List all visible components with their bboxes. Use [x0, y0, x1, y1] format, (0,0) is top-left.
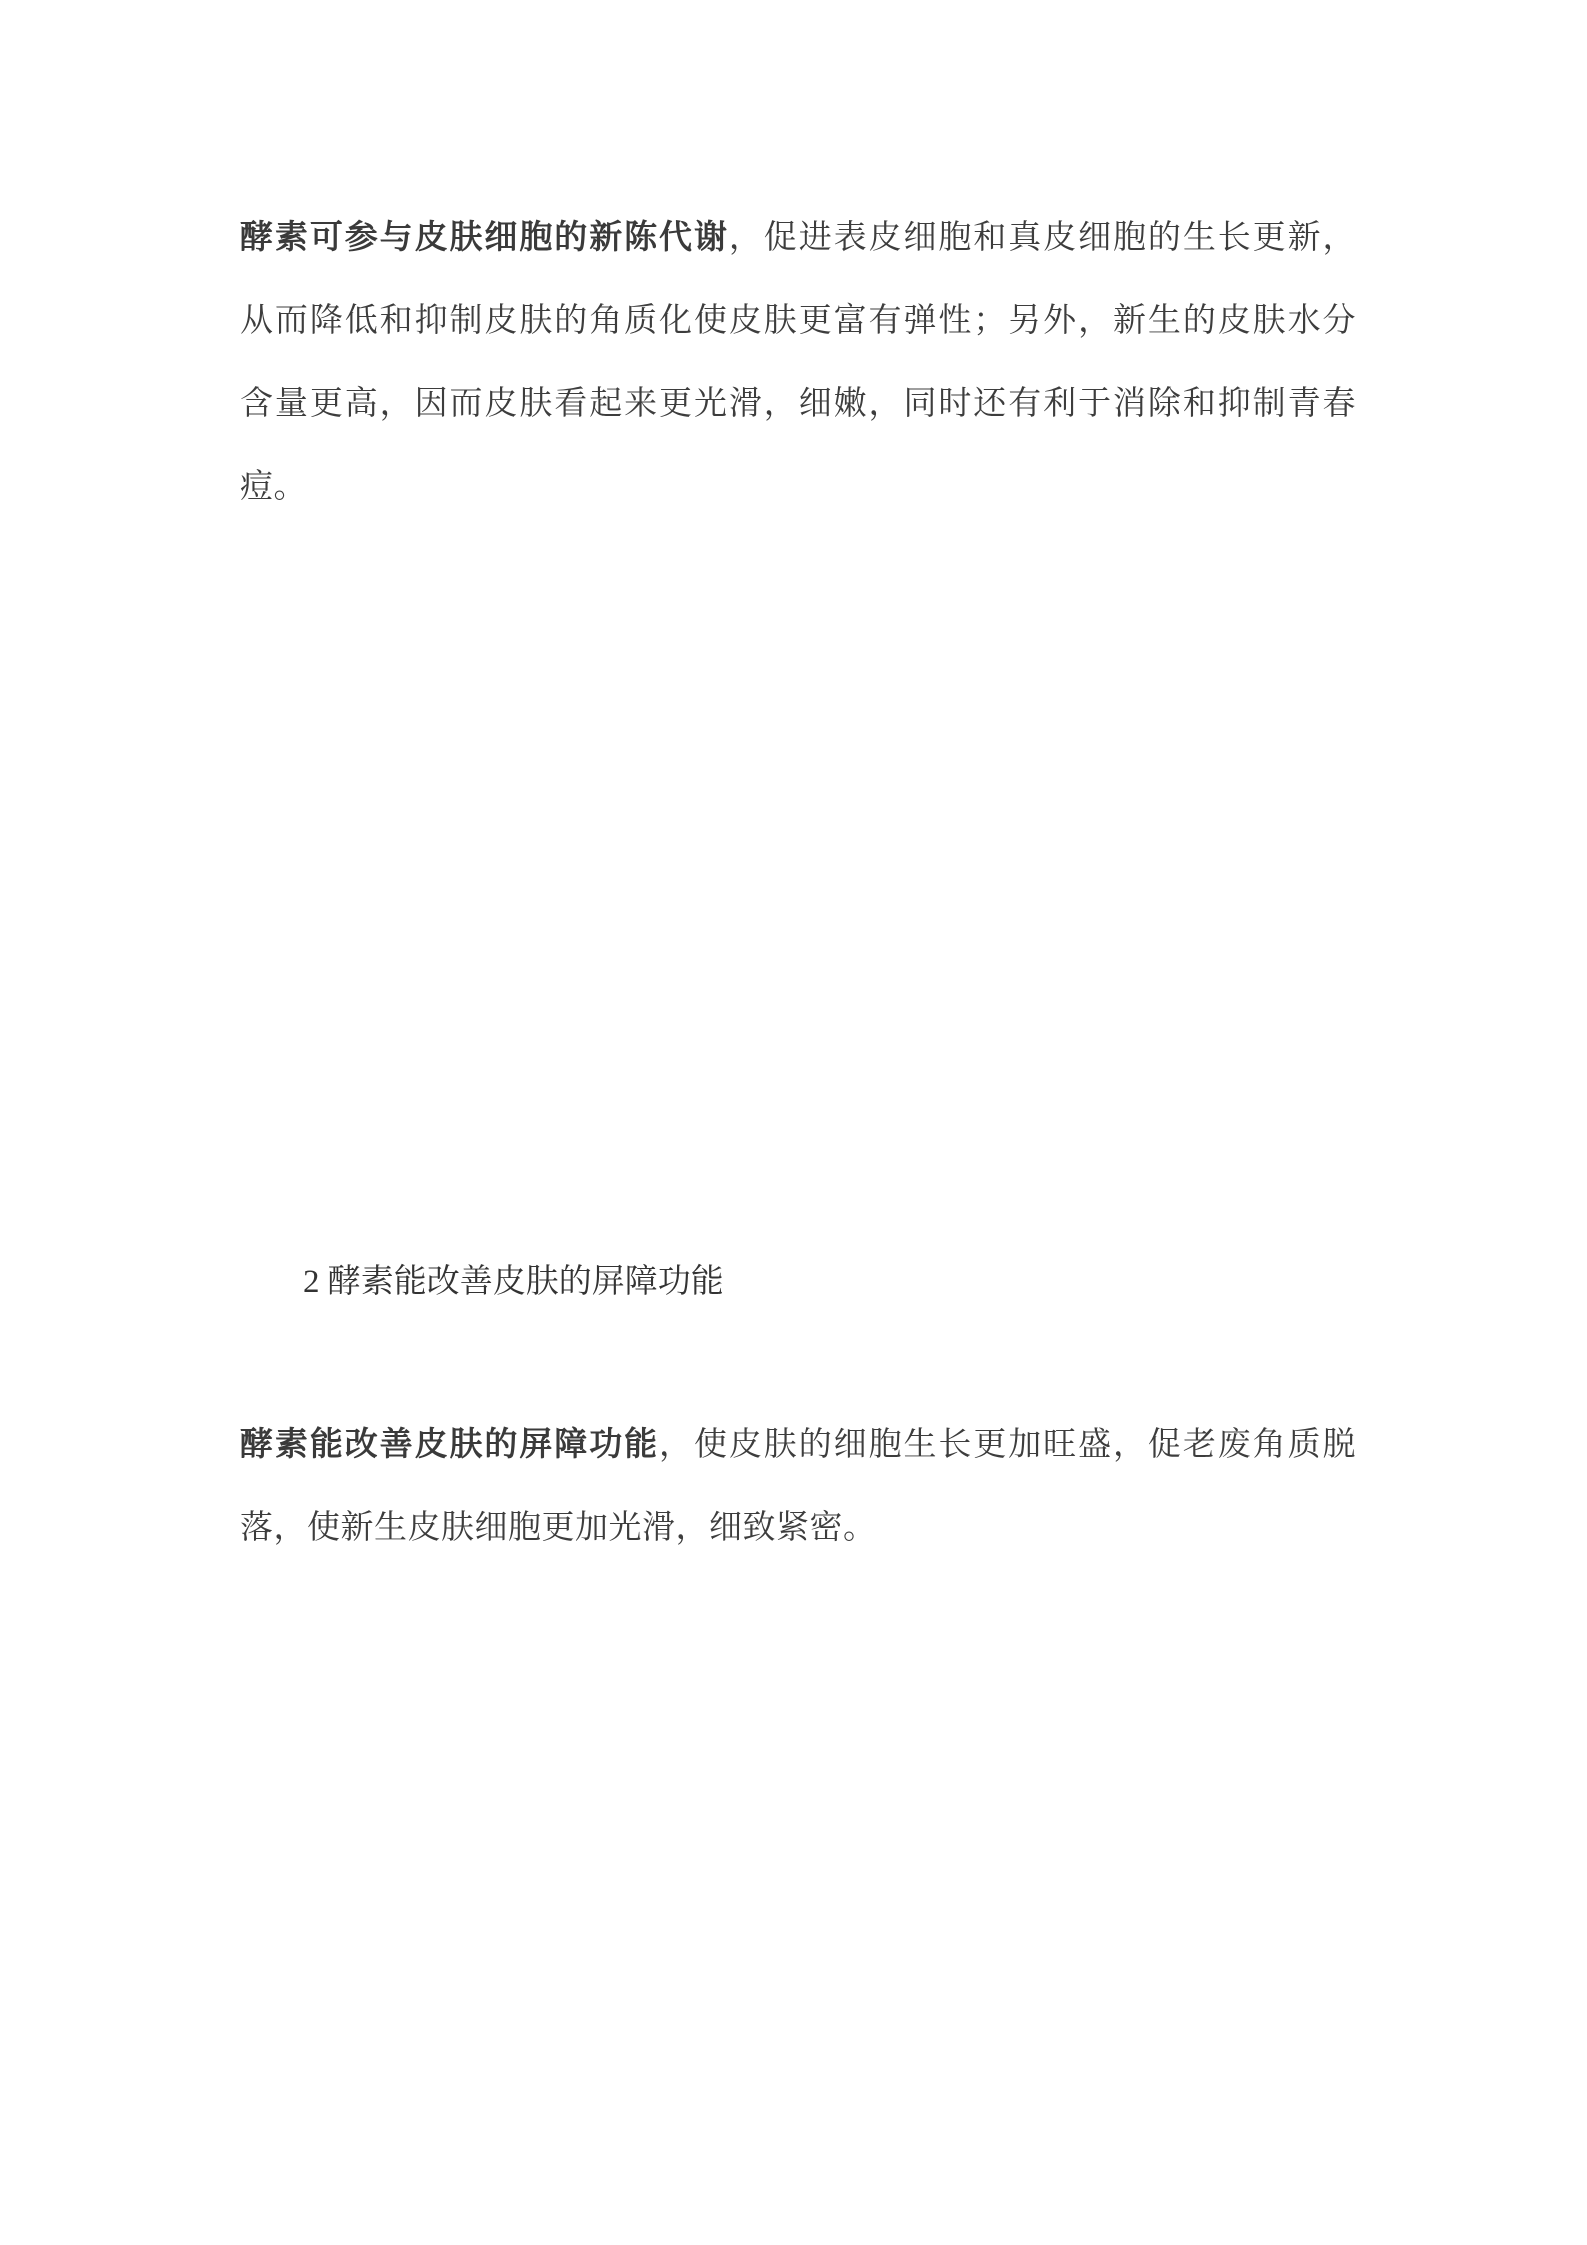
document-page: 酵素可参与皮肤细胞的新陈代谢，促进表皮细胞和真皮细胞的生长更新， 从而降低和抑制… [0, 0, 1587, 2245]
text-line: 含量更高，因而皮肤看起来更光滑，细嫩，同时还有利于消除和抑制青春 [240, 361, 1356, 444]
figure-caption: 2 酵素能改善皮肤的屏障功能 [303, 1258, 724, 1306]
bold-lead-text: 酵素能改善皮肤的屏障功能 [240, 1425, 659, 1462]
text-line: 酵素可参与皮肤细胞的新陈代谢，促进表皮细胞和真皮细胞的生长更新， [240, 195, 1356, 278]
text-line: 落，使新生皮肤细胞更加光滑，细致紧密。 [240, 1485, 1356, 1568]
line-text: ，使皮肤的细胞生长更加旺盛，促老废角质脱 [659, 1425, 1356, 1462]
paragraph-barrier-function: 酵素能改善皮肤的屏障功能，使皮肤的细胞生长更加旺盛，促老废角质脱 落，使新生皮肤… [240, 1402, 1356, 1568]
bold-lead-text: 酵素可参与皮肤细胞的新陈代谢 [240, 218, 729, 255]
text-line: 酵素能改善皮肤的屏障功能，使皮肤的细胞生长更加旺盛，促老废角质脱 [240, 1402, 1356, 1485]
paragraph-metabolism: 酵素可参与皮肤细胞的新陈代谢，促进表皮细胞和真皮细胞的生长更新， 从而降低和抑制… [240, 195, 1356, 527]
text-line: 从而降低和抑制皮肤的角质化使皮肤更富有弹性；另外，新生的皮肤水分 [240, 278, 1356, 361]
text-line: 痘。 [240, 444, 1356, 527]
line-text: ，促进表皮细胞和真皮细胞的生长更新， [729, 218, 1356, 255]
